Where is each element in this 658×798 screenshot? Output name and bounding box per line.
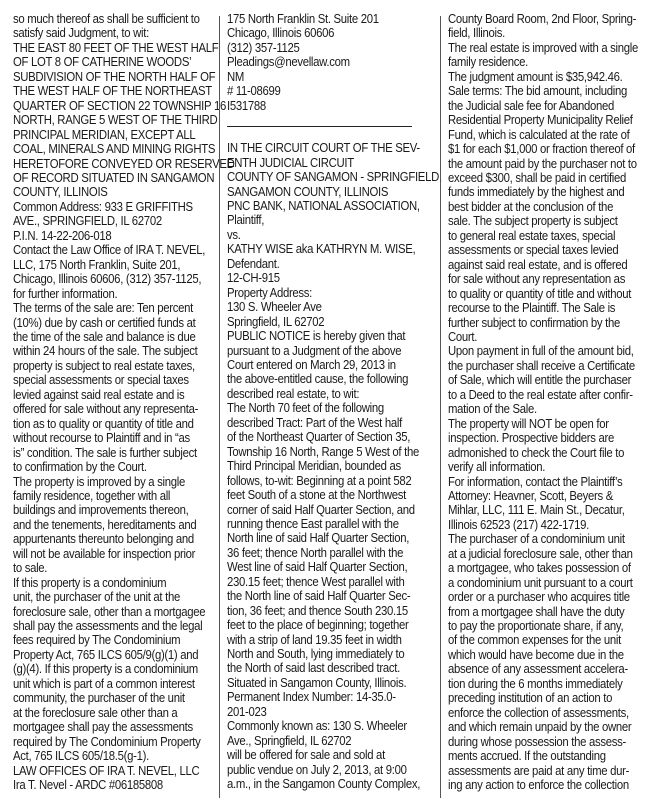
circuit-court-notice: IN THE CIRCUIT COURT OF THE SEV-ENTH JUD… — [227, 141, 442, 791]
text-line: and which remain unpaid by the owner — [448, 720, 638, 734]
text-line: follows, to-wit: Beginning at a point 58… — [227, 474, 442, 488]
text-line: for sale without any representation as — [448, 272, 638, 286]
text-line: running thence East parallel with the — [227, 517, 442, 531]
text-line: QUARTER OF SECTION 22 TOWNSHIP 16 — [13, 99, 235, 113]
text-line: HERETOFORE CONVEYED OR RESERVED — [13, 157, 235, 171]
text-line: to sale. — [13, 561, 235, 575]
text-line: best bidder at the conclusion of the — [448, 200, 638, 214]
text-line: a.m., in the Sangamon County Complex, — [227, 777, 442, 791]
text-line: Property Address: — [227, 286, 442, 300]
text-line: further subject to confirmation by the — [448, 316, 638, 330]
text-line: will not be available for inspection pri… — [13, 547, 235, 561]
text-line: Commonly known as: 130 S. Wheeler — [227, 719, 442, 733]
text-line: special assessments or special taxes — [13, 373, 235, 387]
text-line: to general real estate taxes, special — [448, 229, 638, 243]
text-line: The terms of the sale are: Ten percent — [13, 301, 235, 315]
text-line: Plaintiff, — [227, 213, 442, 227]
text-line: 36 feet; thence North parallel with the — [227, 546, 442, 560]
text-line: public vendue on July 2, 2013, at 9:00 — [227, 763, 442, 777]
text-line: Chicago, Illinois 60606, (312) 357-1125, — [13, 272, 235, 286]
text-line: PUBLIC NOTICE is hereby given that — [227, 329, 442, 343]
text-line: satisfy said Judgment, to wit: — [13, 26, 235, 40]
text-line: Fund, which is calculated at the rate of — [448, 128, 638, 142]
text-line: PNC BANK, NATIONAL ASSOCIATION, — [227, 199, 442, 213]
text-line: Pleadings@nevellaw.com — [227, 55, 442, 69]
text-line: appurtenants thereunto belonging and — [13, 532, 235, 546]
text-line: from a mortgagee shall have the duty — [448, 605, 638, 619]
text-line: described Tract: Part of the West half — [227, 416, 442, 430]
text-line: offered for sale without any representa- — [13, 402, 235, 416]
text-line: vs. — [227, 228, 442, 242]
text-line: is” condition. The sale is further subje… — [13, 446, 235, 460]
text-line: against said real estate, and is offered — [448, 258, 638, 272]
text-line: the above-entitled cause, the following — [227, 372, 442, 386]
text-line: absence of any assessment accelera- — [448, 662, 638, 676]
horizontal-rule — [227, 126, 412, 127]
text-line: and the tenements, hereditaments and — [13, 518, 235, 532]
text-line: The real estate is improved with a singl… — [448, 41, 638, 55]
text-line: Sale terms: The bid amount, including — [448, 84, 638, 98]
text-line: If this property is a condominium — [13, 576, 235, 590]
text-line: inspection. Prospective bidders are — [448, 431, 638, 445]
text-line: North line of said Half Quarter Section, — [227, 531, 442, 545]
text-line: Situated in Sangamon County, Illinois. — [227, 676, 442, 690]
text-line: at the foreclosure sale other than a — [13, 706, 235, 720]
text-line: to a Deed to the real estate after confi… — [448, 388, 638, 402]
text-line: The North 70 feet of the following — [227, 401, 442, 415]
text-line: the North of said last described tract. — [227, 661, 442, 675]
text-line: Common Address: 933 E GRIFFITHS — [13, 200, 235, 214]
text-line: LAW OFFICES OF IRA T. NEVEL, LLC — [13, 764, 235, 778]
text-line: so much thereof as shall be sufficient t… — [13, 12, 235, 26]
text-line: community, the purchaser of the unit — [13, 691, 235, 705]
text-line: Property Act, 765 ILCS 605/9(g)(1) and — [13, 648, 235, 662]
text-line: without recourse to Plaintiff and in “as — [13, 431, 235, 445]
text-line: SUBDIVISION OF THE NORTH HALF OF — [13, 70, 235, 84]
text-line: LLC, 175 North Franklin, Suite 201, — [13, 258, 235, 272]
text-line: property is subject to real estate taxes… — [13, 359, 235, 373]
text-line: I531788 — [227, 99, 442, 113]
column-3: County Board Room, 2nd Floor, Spring-fie… — [448, 12, 638, 792]
text-line: OF RECORD SITUATED IN SANGAMON — [13, 171, 235, 185]
text-line: 130 S. Wheeler Ave — [227, 300, 442, 314]
text-line: of Sale, which will entitle the purchase… — [448, 373, 638, 387]
text-line: to pay the proportionate share, if any, — [448, 619, 638, 633]
text-line: for further information. — [13, 287, 235, 301]
text-line: The judgment amount is $35,942.46. — [448, 70, 638, 84]
text-line: funds immediately by the highest and — [448, 185, 638, 199]
text-line: tion, 36 feet; and thence South 230.15 — [227, 604, 442, 618]
text-line: (10%) due by cash or certified funds at — [13, 316, 235, 330]
text-line: SANGAMON COUNTY, ILLINOIS — [227, 185, 442, 199]
text-line: PRINCIPAL MERIDIAN, EXCEPT ALL — [13, 128, 235, 142]
text-line: North and South, lying immediately to — [227, 647, 442, 661]
text-line: feet South of a stone at the Northwest — [227, 488, 442, 502]
text-line: AVE., SPRINGFIELD, IL 62702 — [13, 214, 235, 228]
text-line: family residence. — [448, 55, 638, 69]
text-line: the Judicial sale fee for Abandoned — [448, 99, 638, 113]
text-line: described real estate, to wit: — [227, 387, 442, 401]
text-line: Third Principal Meridian, bounded as — [227, 459, 442, 473]
text-line: ing any action to enforce the collection — [448, 778, 638, 792]
text-line: Mihlar, LLC, 111 E. Main St., Decatur, — [448, 503, 638, 517]
text-line: recourse to the Plaintiff. The Sale is — [448, 301, 638, 315]
text-line: (312) 357-1125 — [227, 41, 442, 55]
text-line: feet to the place of beginning; together — [227, 618, 442, 632]
text-line: buildings and improvements thereon, — [13, 503, 235, 517]
text-line: COAL, MINERALS AND MINING RIGHTS — [13, 142, 235, 156]
attorney-contact-block: 175 North Franklin St. Suite 201Chicago,… — [227, 12, 442, 113]
text-line: levied against said real estate and is — [13, 388, 235, 402]
text-line: 230.15 feet; thence West parallel with — [227, 575, 442, 589]
text-line: with a strip of land 19.35 feet in width — [227, 633, 442, 647]
text-line: Residential Property Municipality Relief — [448, 113, 638, 127]
text-line: will be offered for sale and sold at — [227, 748, 442, 762]
text-line: County Board Room, 2nd Floor, Spring- — [448, 12, 638, 26]
text-line: foreclosure sale, other than a mortgagee — [13, 605, 235, 619]
text-line: OF LOT 8 OF CATHERINE WOODS’ — [13, 55, 235, 69]
text-line: NM — [227, 70, 442, 84]
text-line: The property will NOT be open for — [448, 417, 638, 431]
text-line: required by The Condominium Property — [13, 735, 235, 749]
text-line: Defendant. — [227, 257, 442, 271]
text-line: 175 North Franklin St. Suite 201 — [227, 12, 442, 26]
text-line: Township 16 North, Range 5 West of the — [227, 445, 442, 459]
text-line: KATHY WISE aka KATHRYN M. WISE, — [227, 242, 442, 256]
text-line: admonished to check the Court file to — [448, 446, 638, 460]
text-line: 201-023 — [227, 705, 442, 719]
text-line: a mortgagee, who takes possession of — [448, 561, 638, 575]
column-1: so much thereof as shall be sufficient t… — [13, 12, 235, 792]
legal-notices-page: so much thereof as shall be sufficient t… — [0, 0, 658, 798]
text-line: COUNTY OF SANGAMON - SPRINGFIELD, — [227, 170, 442, 184]
text-line: during whose possession the assess- — [448, 735, 638, 749]
text-line: unit which is part of a common interest — [13, 677, 235, 691]
text-line: Court. — [448, 330, 638, 344]
text-line: The property is improved by a single — [13, 475, 235, 489]
column-divider — [440, 16, 441, 798]
text-line: which would have become due in the — [448, 648, 638, 662]
text-line: West line of said Half Quarter Section, — [227, 560, 442, 574]
text-line: mortgagee shall pay the assessments — [13, 720, 235, 734]
text-line: order or a purchaser who acquires title — [448, 590, 638, 604]
text-line: COUNTY, ILLINOIS — [13, 185, 235, 199]
text-line: to confirmation by the Court. — [13, 460, 235, 474]
text-line: mation of the Sale. — [448, 402, 638, 416]
text-line: assessments are paid at any time dur- — [448, 764, 638, 778]
text-line: For information, contact the Plaintiff’s — [448, 475, 638, 489]
text-line: pursuant to a Judgment of the above — [227, 344, 442, 358]
text-line: IN THE CIRCUIT COURT OF THE SEV- — [227, 141, 442, 155]
text-line: NORTH, RANGE 5 WEST OF THE THIRD — [13, 113, 235, 127]
text-line: enforce the collection of assessments, — [448, 706, 638, 720]
column-divider — [219, 16, 220, 798]
text-line: Act, 765 ILCS 605/18.5(g-1). — [13, 749, 235, 763]
text-line: Ave., Springfield, IL 62702 — [227, 734, 442, 748]
text-line: tion during the 6 months immediately — [448, 677, 638, 691]
text-line: unit, the purchaser of the unit at the — [13, 590, 235, 604]
text-line: # 11-08699 — [227, 84, 442, 98]
text-line: shall pay the assessments and the legal — [13, 619, 235, 633]
text-line: Chicago, Illinois 60606 — [227, 26, 442, 40]
text-line: corner of said Half Quarter Section, and — [227, 503, 442, 517]
text-line: Springfield, IL 62702 — [227, 315, 442, 329]
text-line: to quality or quantity of title and with… — [448, 287, 638, 301]
text-line: family residence, together with all — [13, 489, 235, 503]
column-2: 175 North Franklin St. Suite 201Chicago,… — [227, 12, 442, 792]
text-line: ENTH JUDICIAL CIRCUIT — [227, 156, 442, 170]
text-line: of the common expenses for the unit — [448, 633, 638, 647]
text-line: The purchaser of a condominium unit — [448, 532, 638, 546]
text-line: THE EAST 80 FEET OF THE WEST HALF — [13, 41, 235, 55]
text-line: the North line of said Half Quarter Sec- — [227, 589, 442, 603]
text-line: Upon payment in full of the amount bid, — [448, 344, 638, 358]
text-line: Court entered on March 29, 2013 in — [227, 358, 442, 372]
text-line: Illinois 62523 (217) 422-1719. — [448, 518, 638, 532]
text-line: P.I.N. 14-22-206-018 — [13, 229, 235, 243]
text-line: verify all information. — [448, 460, 638, 474]
text-line: exceed $300, shall be paid in certified — [448, 171, 638, 185]
text-line: Attorney: Heavner, Scott, Beyers & — [448, 489, 638, 503]
text-line: the amount paid by the purchaser not to — [448, 157, 638, 171]
text-line: fees required by The Condominium — [13, 633, 235, 647]
text-line: sale. The subject property is subject — [448, 214, 638, 228]
text-line: Ira T. Nevel - ARDC #06185808 — [13, 778, 235, 792]
text-line: 12-CH-915 — [227, 271, 442, 285]
text-line: (g)(4). If this property is a condominiu… — [13, 662, 235, 676]
text-line: assessments or special taxes levied — [448, 243, 638, 257]
text-line: field, Illinois. — [448, 26, 638, 40]
text-line: THE WEST HALF OF THE NORTHEAST — [13, 84, 235, 98]
text-line: of the Northeast Quarter of Section 35, — [227, 430, 442, 444]
text-line: the time of the sale and balance is due — [13, 330, 235, 344]
text-line: Contact the Law Office of IRA T. NEVEL, — [13, 243, 235, 257]
text-line: the purchaser shall receive a Certificat… — [448, 359, 638, 373]
text-line: preceding institution of an action to — [448, 691, 638, 705]
text-line: ments accrued. If the outstanding — [448, 749, 638, 763]
text-line: at a judicial foreclosure sale, other th… — [448, 547, 638, 561]
text-line: within 24 hours of the sale. The subject — [13, 344, 235, 358]
text-line: a condominium unit pursuant to a court — [448, 576, 638, 590]
text-line: Permanent Index Number: 14-35.0- — [227, 690, 442, 704]
text-line: tion as to quality or quantity of title … — [13, 417, 235, 431]
text-line: $1 for each $1,000 or fraction thereof o… — [448, 142, 638, 156]
